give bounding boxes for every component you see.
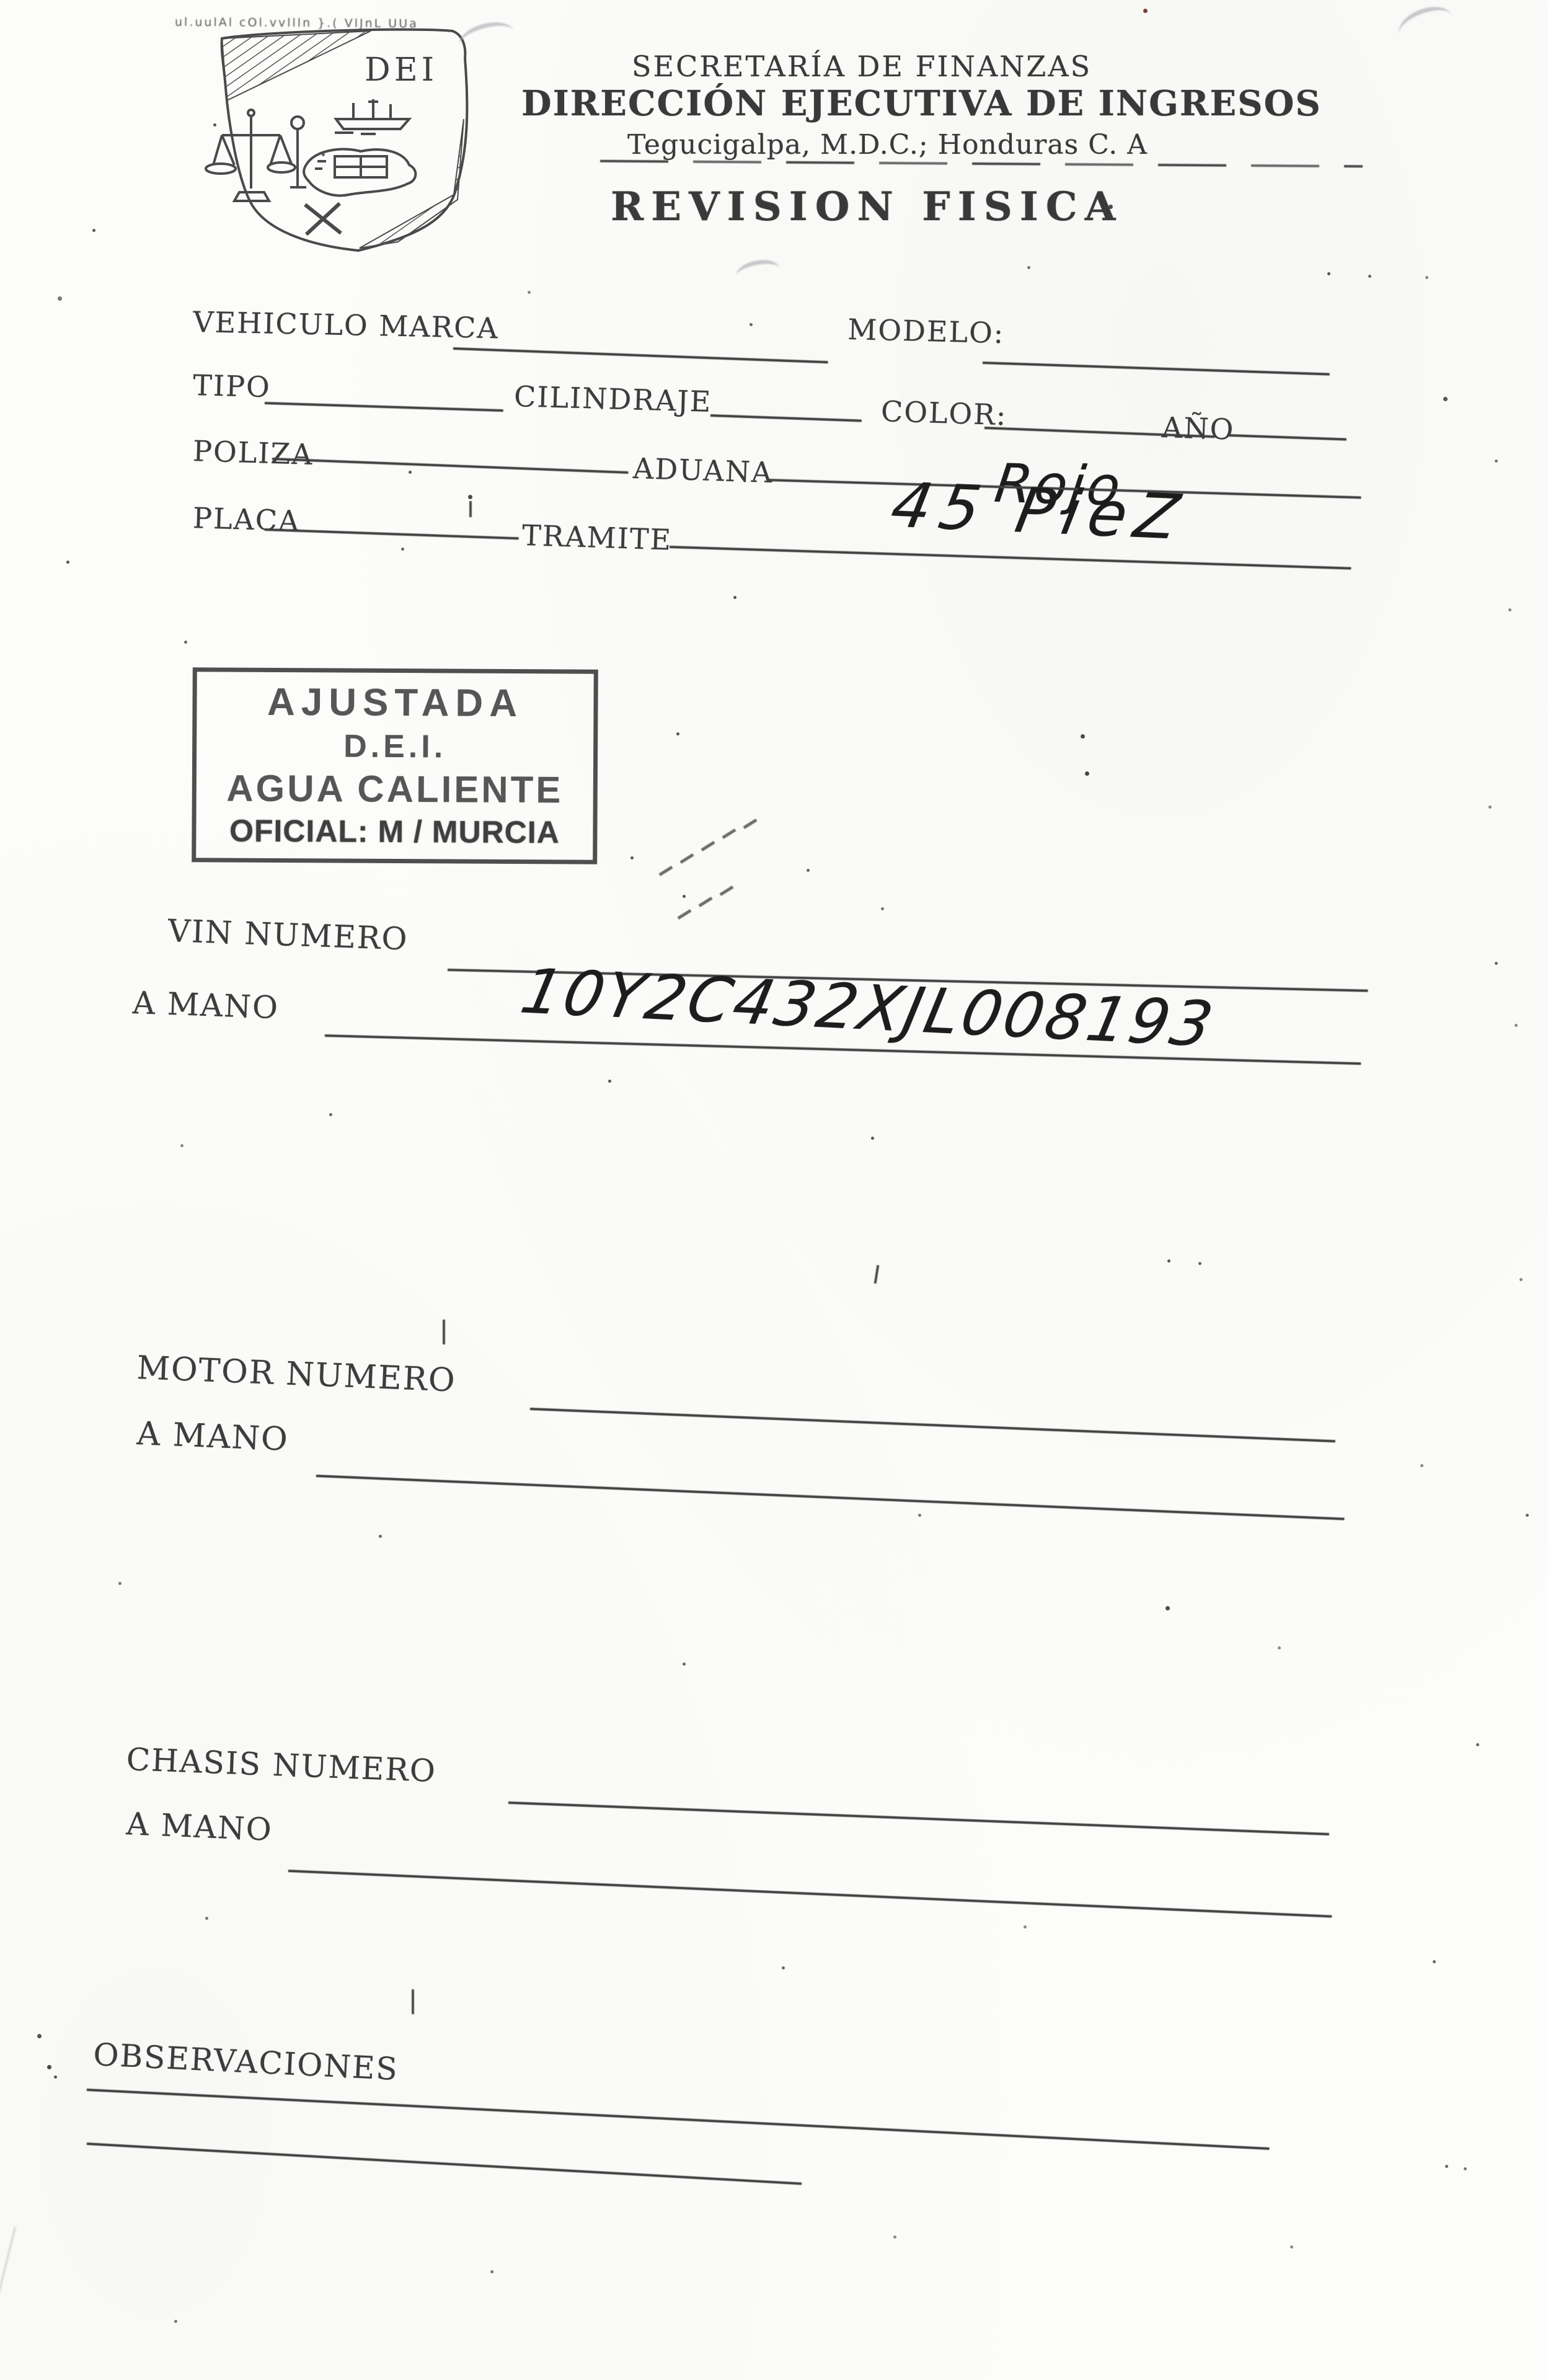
smudge-mark [679, 853, 694, 864]
field-label-modelo: MODELO: [847, 313, 1005, 350]
field-line-ano [1229, 434, 1347, 441]
smudge-mark [677, 909, 691, 920]
field-line-cilindraje [710, 414, 862, 422]
stamp-line2: D.E.I. [343, 726, 446, 768]
scan-smudge [1394, 0, 1458, 50]
scan-smudge [0, 2227, 16, 2299]
agency-line1: SECRETARÍA DE FINANZAS [632, 50, 1092, 83]
field-label-vehiculo-marca: VEHICULO MARCA [193, 305, 499, 345]
stray-mark [443, 1320, 445, 1344]
scan-noise [0, 0, 2, 2]
chasis-amano-label: A MANO [126, 1806, 273, 1848]
x-mark-icon [305, 203, 341, 234]
smudge-mark [658, 866, 673, 876]
stamp-line3: AGUA CALIENTE [226, 766, 563, 813]
motor-amano-line [316, 1475, 1345, 1521]
smudge-mark [719, 886, 733, 896]
chasis-amano-line [288, 1870, 1332, 1917]
field-line-modelo [983, 362, 1330, 376]
field-label-placa: PLACA [192, 501, 301, 538]
field-line-tramite [670, 546, 1351, 570]
field-label-aduana: ADUANA [632, 451, 774, 489]
section-label-observaciones: OBSERVACIONES [92, 2036, 399, 2087]
hatch-bottomright [360, 119, 464, 248]
field-line-placa [265, 528, 519, 539]
section-label-motor: MOTOR NUMERO [136, 1349, 457, 1400]
stray-mark [874, 1265, 880, 1284]
smudge-mark [701, 841, 715, 851]
ship-icon [336, 119, 409, 129]
field-label-tramite: TRAMITE [521, 518, 673, 557]
form-title: REVISION FISICA [611, 184, 1123, 230]
observaciones-line1 [87, 2089, 1270, 2150]
ink-stamp: AJUSTADA D.E.I. AGUA CALIENTE OFICIAL: M… [192, 667, 598, 864]
hatch-topleft [222, 31, 371, 100]
field-label-tipo: TIPO [193, 368, 272, 404]
chasis-line [508, 1801, 1329, 1836]
smudge-mark [743, 819, 757, 829]
smudge-mark [698, 897, 712, 907]
observaciones-line2 [87, 2142, 802, 2185]
scales-icon [206, 110, 295, 201]
field-value-tramite: 45 PieZ [885, 469, 1193, 554]
section-label-chasis: CHASIS NUMERO [126, 1741, 437, 1789]
field-label-cilindraje: CILINDRAJE [513, 380, 712, 419]
smudge-mark [722, 828, 736, 839]
scanned-form-page: ul.uulAl cOl.vvllln }.( VlJnL UUa [0, 0, 1548, 2380]
header-underline [600, 160, 1363, 168]
field-label-poliza: POLIZA [192, 434, 314, 471]
field-line-poliza [272, 458, 629, 474]
agency-line3: Tegucigalpa, M.D.C.; Honduras C. A [627, 129, 1148, 161]
logo-dei-label: DEI [365, 51, 438, 89]
vin-amano-label: A MANO [132, 985, 280, 1026]
motor-amano-label: A MANO [136, 1415, 290, 1459]
field-line-tipo [265, 402, 503, 412]
stray-mark [412, 1989, 414, 2014]
motor-line [530, 1408, 1335, 1442]
field-line-vehiculo-marca [453, 347, 828, 363]
stamp-line1: AJUSTADA [267, 680, 523, 727]
field-label-ano: AÑO [1161, 411, 1235, 446]
scan-smudge [735, 257, 781, 287]
obelisk-icon [290, 129, 306, 187]
stray-mark [469, 501, 472, 517]
stamp-line4: OFICIAL: M / MURCIA [229, 811, 560, 853]
agency-line2: DIRECCIÓN EJECUTIVA DE INGRESOS [521, 83, 1322, 124]
section-label-vin: VIN NUMERO [167, 913, 409, 957]
